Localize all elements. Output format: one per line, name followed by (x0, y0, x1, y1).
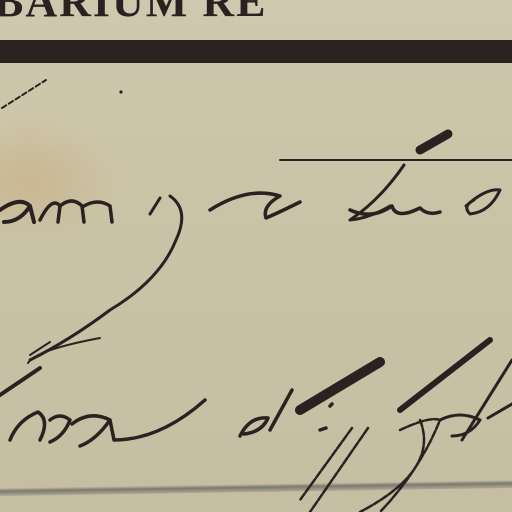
handwriting-strokes (0, 0, 512, 512)
herbarium-label: BARIUM RE (0, 0, 512, 512)
